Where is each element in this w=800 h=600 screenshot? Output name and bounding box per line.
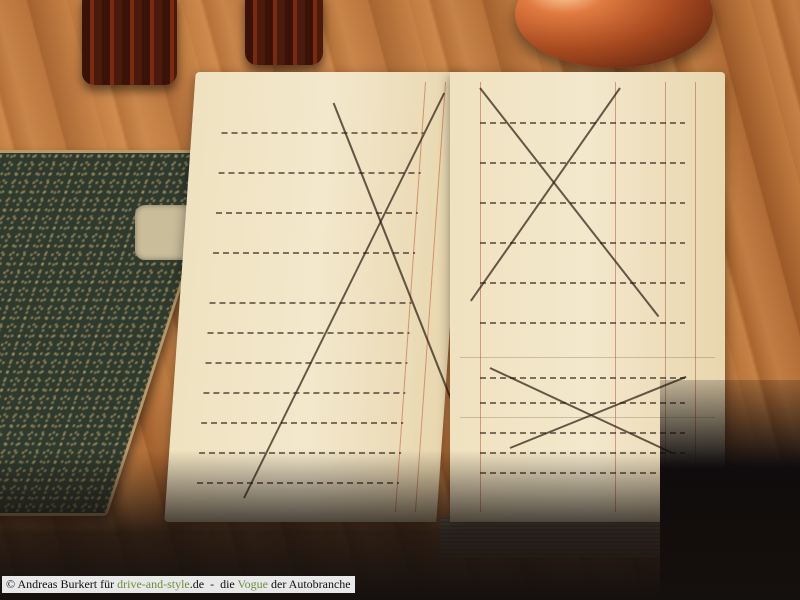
caption-tagline-suffix: der Autobranche (271, 577, 351, 591)
caption-site: drive-and-style (117, 577, 190, 591)
caption-author: Andreas Burkert für (17, 577, 114, 591)
copper-vessel (515, 0, 713, 68)
glass-jar (245, 0, 323, 65)
copyright-symbol: © (6, 577, 15, 591)
caption-tagline-prefix: die (220, 577, 235, 591)
caption-tld: .de (190, 577, 204, 591)
photo-scene (0, 0, 800, 600)
caption-separator: - (210, 577, 214, 591)
caption-tagline-highlight: Vogue (238, 577, 268, 591)
copyright-caption: © Andreas Burkert für drive-and-style.de… (2, 576, 355, 593)
